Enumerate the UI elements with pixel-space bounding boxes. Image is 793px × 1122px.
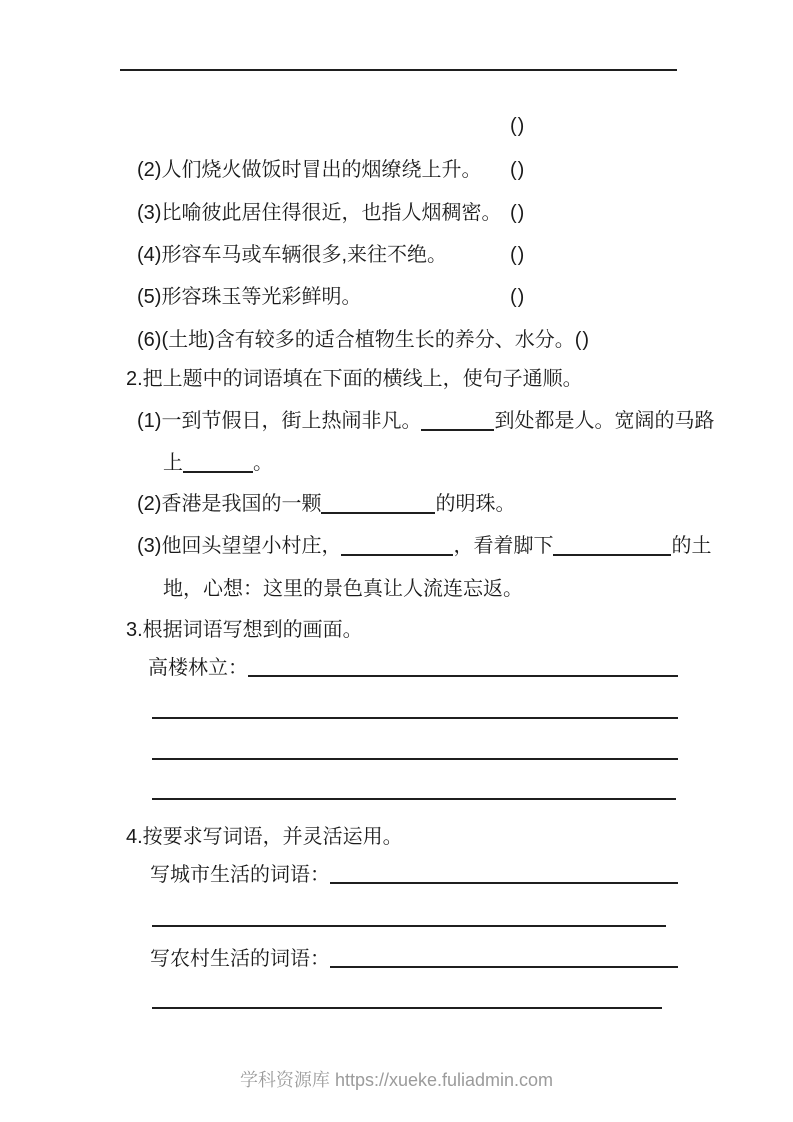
- sentence-text: 的土: [671, 535, 711, 557]
- picture-prompt-label: 高楼林立：: [148, 655, 248, 681]
- answer-bracket: (): [510, 284, 525, 310]
- answer-line: [152, 1007, 662, 1009]
- answer-line: [152, 717, 678, 719]
- answer-line: [248, 675, 678, 677]
- answer-line: [330, 882, 678, 884]
- rural-words-prompt-row: 写农村生活的词语：: [150, 946, 678, 972]
- fill-sentence-3-line-1: (3)他回头望望小村庄，，看着脚下的土: [137, 533, 711, 559]
- definition-item: (5)形容珠玉等光彩鲜明。: [137, 284, 361, 310]
- sentence-text: (1)一到节假日，街上热闹非凡。: [137, 410, 421, 432]
- answer-bracket: (): [510, 200, 525, 226]
- city-words-prompt-row: 写城市生活的词语：: [150, 862, 678, 888]
- sentence-text: ，看着脚下: [453, 535, 553, 557]
- sentence-text: 的明珠。: [435, 493, 515, 515]
- fill-sentence-1-line-2: 上。: [163, 450, 273, 476]
- definition-item: (3)比喻彼此居住得很近，也指人烟稠密。: [137, 200, 501, 226]
- fill-in-blank: [341, 542, 453, 556]
- fill-in-blank: [321, 500, 435, 514]
- city-words-label: 写城市生活的词语：: [150, 862, 330, 888]
- footer-watermark: 学科资源库 https://xueke.fuliadmin.com: [0, 1067, 793, 1093]
- question-3-heading: 3.根据词语写想到的画面。: [126, 617, 363, 643]
- answer-line: [152, 925, 666, 927]
- answer-bracket: (): [575, 329, 590, 351]
- answer-line: [330, 966, 678, 968]
- fill-sentence-2: (2)香港是我国的一颗的明珠。: [137, 491, 515, 517]
- definition-item: (4)形容车马或车辆很多,来往不绝。: [137, 242, 447, 268]
- picture-prompt-row: 高楼林立：: [148, 655, 678, 681]
- definition-text: (6)(土地)含有较多的适合植物生长的养分、水分。: [137, 329, 575, 351]
- definition-item: (2)人们烧火做饭时冒出的烟缭绕上升。: [137, 157, 481, 183]
- fill-sentence-3-line-2: 地，心想：这里的景色真让人流连忘返。: [163, 576, 523, 602]
- answer-line: [152, 758, 678, 760]
- fill-sentence-1-line-1: (1)一到节假日，街上热闹非凡。到处都是人。宽阔的马路: [137, 408, 714, 434]
- fill-in-blank: [553, 542, 671, 556]
- fill-in-blank: [421, 417, 494, 431]
- sentence-text: 。: [253, 452, 273, 474]
- sentence-text: 上: [163, 452, 183, 474]
- top-answer-line: [120, 69, 677, 71]
- answer-bracket: (): [510, 113, 525, 139]
- rural-words-label: 写农村生活的词语：: [150, 946, 330, 972]
- worksheet-page: () (2)人们烧火做饭时冒出的烟缭绕上升。 () (3)比喻彼此居住得很近，也…: [0, 0, 793, 1122]
- sentence-text: 到处都是人。宽阔的马路: [494, 410, 714, 432]
- answer-line: [152, 798, 676, 800]
- question-4-heading: 4.按要求写词语，并灵活运用。: [126, 824, 403, 850]
- definition-item: (6)(土地)含有较多的适合植物生长的养分、水分。(): [137, 327, 590, 353]
- fill-in-blank: [183, 459, 253, 473]
- sentence-text: (3)他回头望望小村庄，: [137, 535, 341, 557]
- answer-bracket: (): [510, 242, 525, 268]
- sentence-text: (2)香港是我国的一颗: [137, 493, 321, 515]
- answer-bracket: (): [510, 157, 525, 183]
- question-2-heading: 2.把上题中的词语填在下面的横线上，使句子通顺。: [126, 366, 583, 392]
